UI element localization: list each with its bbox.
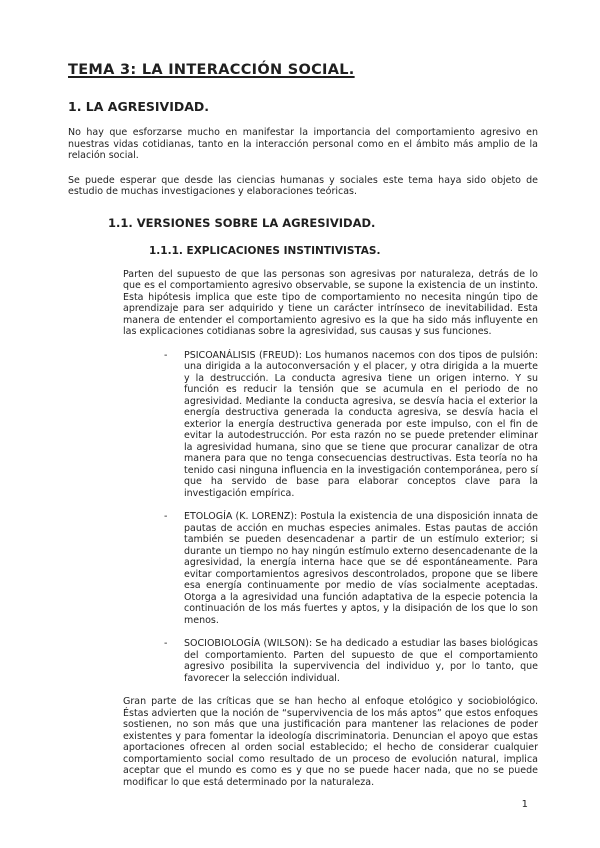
- heading-versiones-sobre-la-agresividad: 1.1. VERSIONES SOBRE LA AGRESIVIDAD.: [108, 216, 538, 230]
- bullet-item-sociobiologia: - SOCIOBIOLOGÍA (WILSON): Se ha dedicado…: [123, 638, 538, 684]
- bullet-text-sociobiologia: SOCIOBIOLOGÍA (WILSON): Se ha dedicado a…: [184, 638, 538, 684]
- bullet-list: - PSICOANÁLISIS (FREUD): Los humanos nac…: [123, 350, 538, 685]
- document-page: TEMA 3: LA INTERACCIÓN SOCIAL. 1. LA AGR…: [0, 0, 600, 848]
- instintivistas-intro-paragraph: Parten del supuesto de que las personas …: [123, 269, 538, 338]
- bullet-text-etologia: ETOLOGÍA (K. LORENZ): Postula la existen…: [184, 511, 538, 626]
- heading-explicaciones-instintivistas: 1.1.1. EXPLICACIONES INSTINTIVISTAS.: [149, 245, 538, 257]
- instintivistas-section: Parten del supuesto de que las personas …: [123, 269, 538, 789]
- intro-paragraph-1: No hay que esforzarse mucho en manifesta…: [68, 127, 538, 162]
- bullet-dash: -: [164, 638, 184, 684]
- page-number: 1: [522, 799, 528, 810]
- bullet-item-etologia: - ETOLOGÍA (K. LORENZ): Postula la exist…: [123, 511, 538, 626]
- intro-paragraph-2: Se puede esperar que desde las ciencias …: [68, 175, 538, 198]
- bullet-text-psicoanalisis: PSICOANÁLISIS (FREUD): Los humanos nacem…: [184, 350, 538, 500]
- closing-paragraph: Gran parte de las críticas que se han he…: [123, 696, 538, 788]
- bullet-dash: -: [164, 511, 184, 626]
- document-title: TEMA 3: LA INTERACCIÓN SOCIAL.: [68, 62, 538, 78]
- heading-la-agresividad: 1. LA AGRESIVIDAD.: [68, 99, 538, 114]
- bullet-item-psicoanalisis: - PSICOANÁLISIS (FREUD): Los humanos nac…: [123, 350, 538, 500]
- bullet-dash: -: [164, 350, 184, 500]
